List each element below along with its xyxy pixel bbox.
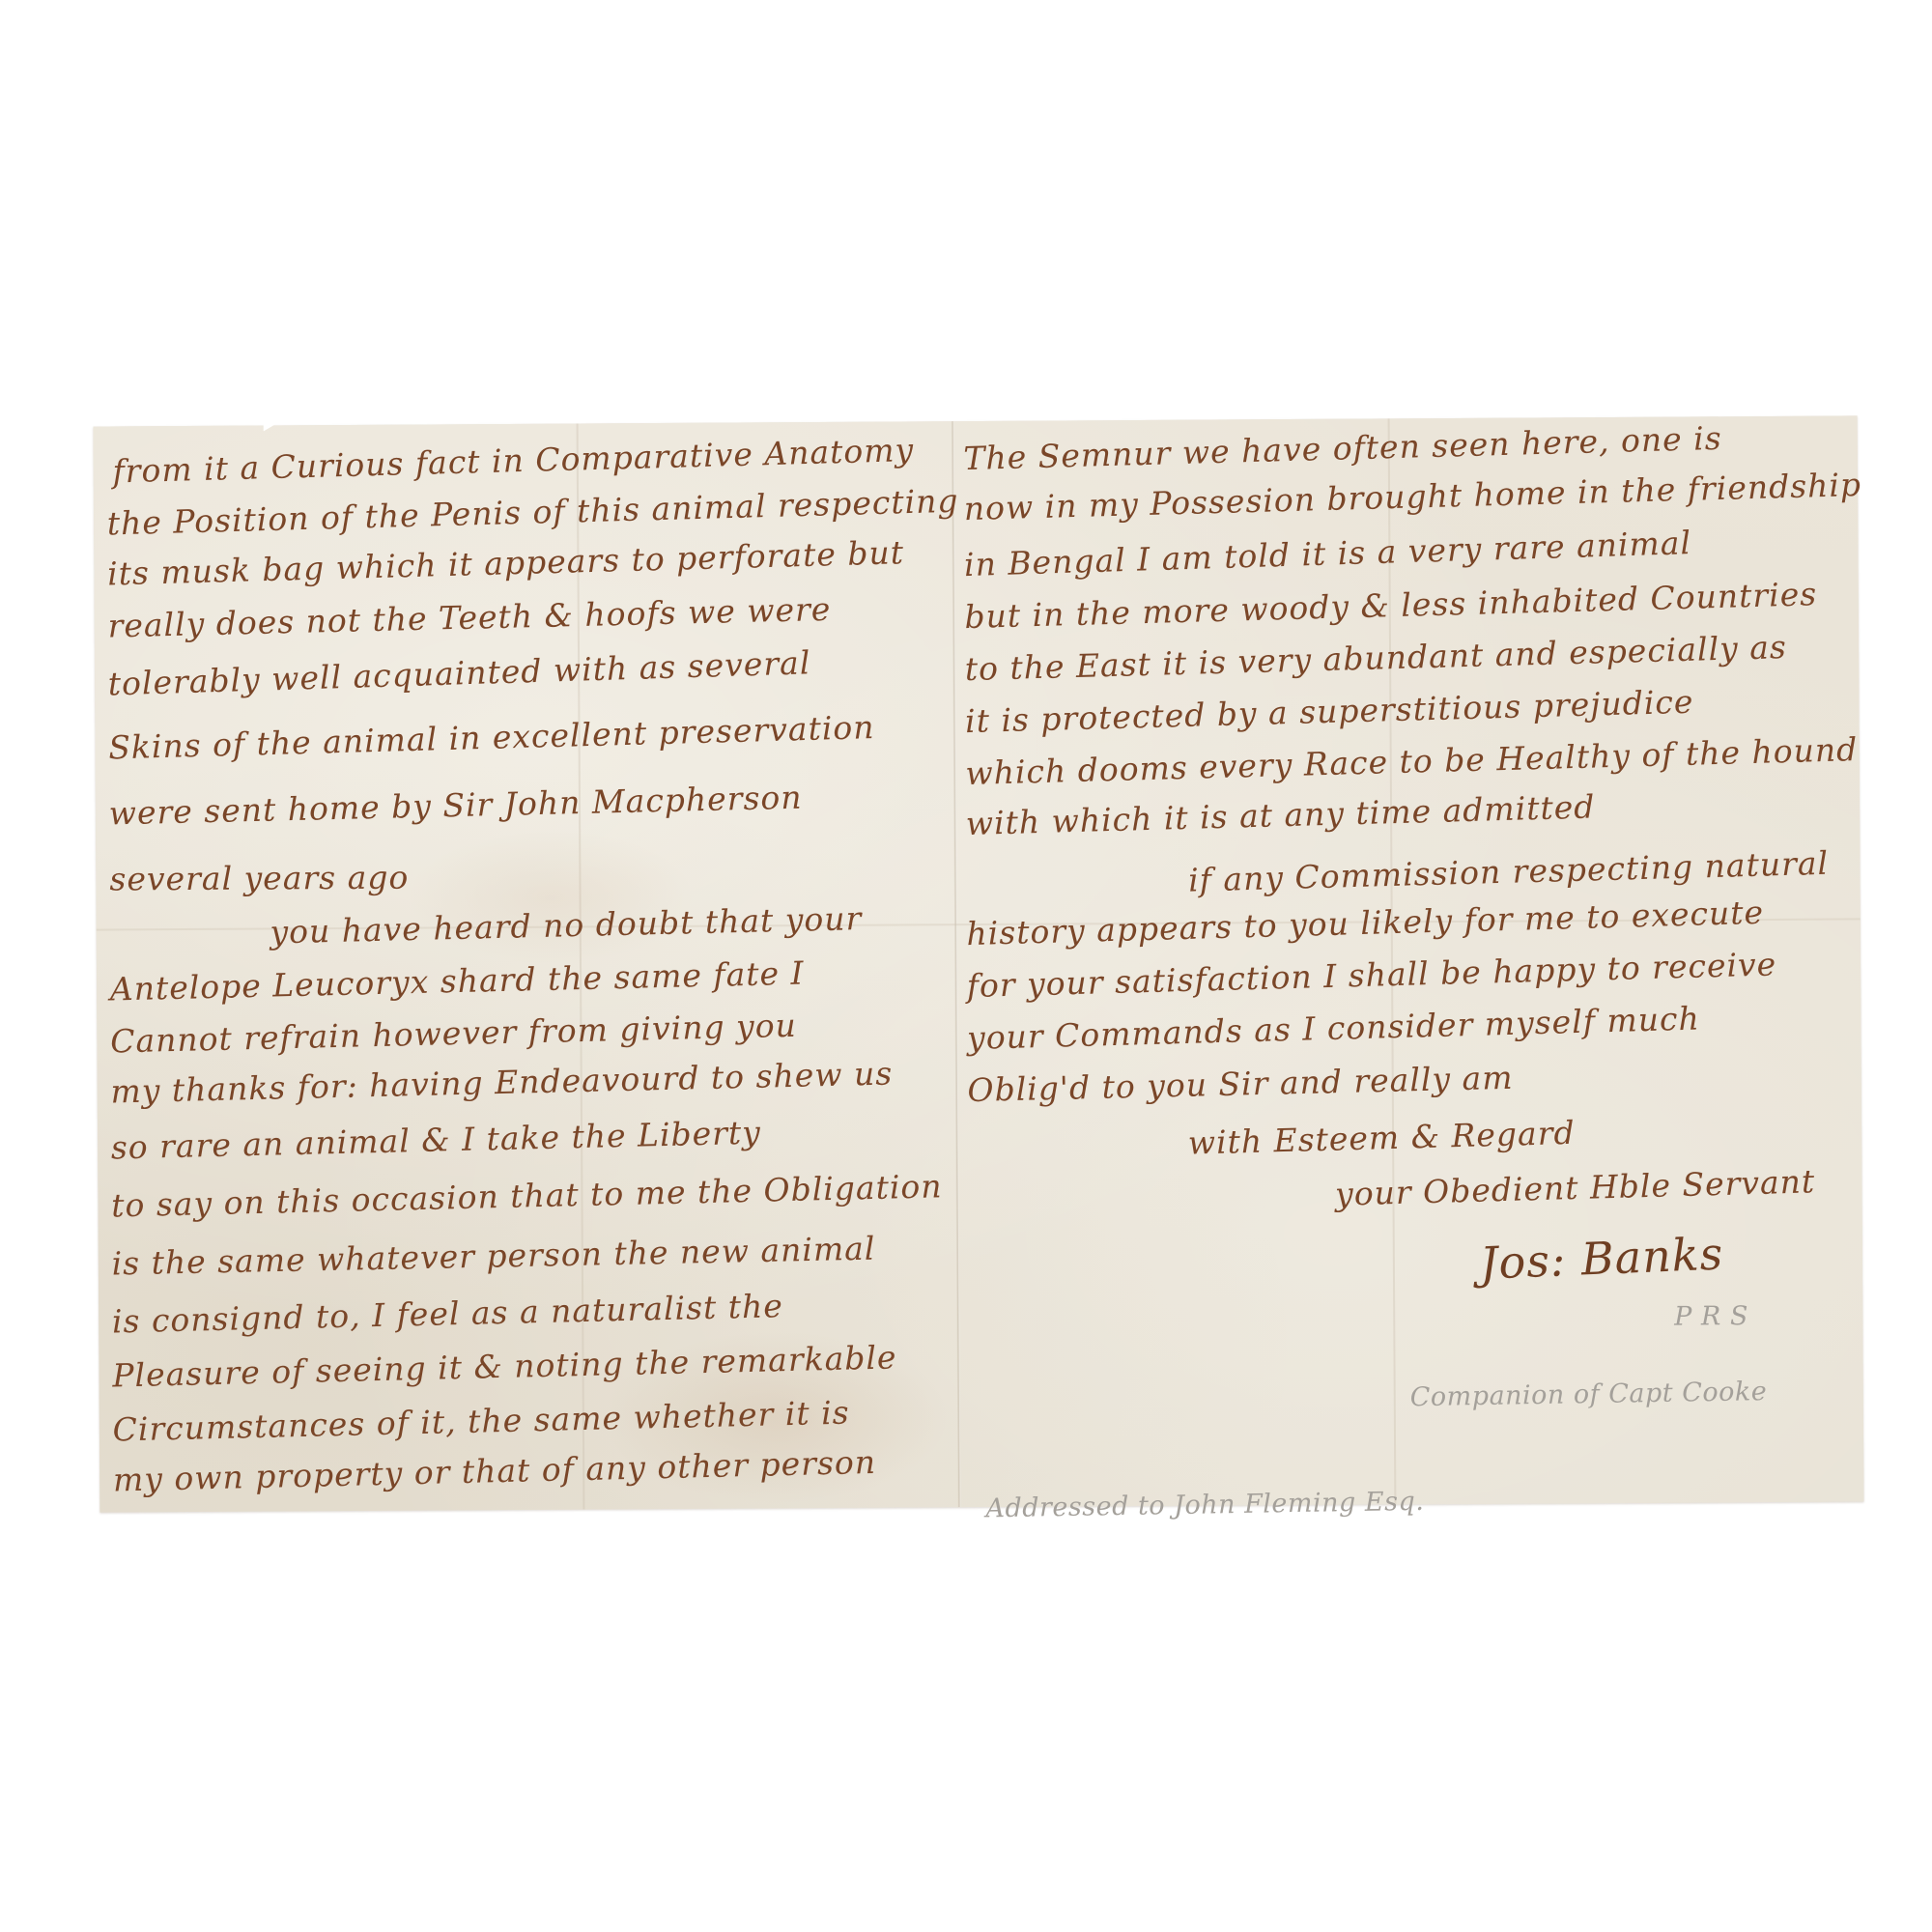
letter-line: so rare an animal & I take the Liberty <box>110 1117 761 1164</box>
letter-line: it is protected by a superstitious preju… <box>965 686 1694 737</box>
letter-line: were sent home by Sir John Macpherson <box>108 781 803 830</box>
letter-line: history appears to you likely for me to … <box>966 896 1764 950</box>
letter-line: several years ago <box>109 862 409 895</box>
letter-line: is the same whatever person the new anim… <box>111 1233 875 1280</box>
letter-line: from it a Curious fact in Comparative An… <box>112 434 914 487</box>
letter-line: Oblig'd to you Sir and really am <box>967 1062 1514 1106</box>
pencil-note-prs: P R S <box>1674 1301 1748 1331</box>
closing-line: with Esteem & Regard <box>1187 1117 1576 1159</box>
pencil-note-attribution: Companion of Capt Cooke <box>1410 1377 1768 1412</box>
letter-line: is consignd to, I feel as a naturalist t… <box>112 1290 784 1337</box>
letter-line: your Commands as I consider myself much <box>967 1003 1700 1055</box>
letter-line: The Semnur we have often seen here, one … <box>963 422 1722 474</box>
letter-line: to the East it is very abundant and espe… <box>964 631 1787 685</box>
letter-line: Pleasure of seeing it & noting the remar… <box>112 1341 897 1391</box>
letter-line: you have heard no doubt that your <box>270 902 863 948</box>
letter-sheet: from it a Curious fact in Comparative An… <box>94 415 1864 1512</box>
letter-line: its musk bag which it appears to perfora… <box>107 536 905 589</box>
letter-line: my thanks for: having Endeavourd to shew… <box>110 1057 893 1107</box>
right-page: The Semnur we have often seen here, one … <box>954 415 1864 1507</box>
letter-line: really does not the Teeth & hoofs we wer… <box>107 593 831 642</box>
letter-line: Antelope Leucoryx shard the same fate I <box>109 957 804 1006</box>
signature: Jos: Banks <box>1479 1232 1724 1286</box>
letter-line: for your satisfaction I shall be happy t… <box>966 948 1776 1002</box>
closing-line: your Obedient Hble Servant <box>1335 1165 1816 1209</box>
letter-line: with which it is at any time admitted <box>965 790 1595 839</box>
letter-line: Skins of the animal in excellent preserv… <box>108 711 875 763</box>
letter-line: tolerably well acquainted with as severa… <box>107 646 810 699</box>
letter-line: to say on this occasion that to me the O… <box>111 1170 943 1221</box>
letter-line: in Bengal I am told it is a very rare an… <box>964 526 1692 581</box>
pencil-note-address: Addressed to John Fleming Esq. <box>985 1487 1424 1524</box>
letter-line: which dooms every Race to be Healthy of … <box>965 733 1859 789</box>
letter-line: Circumstances of it, the same whether it… <box>112 1397 850 1446</box>
letter-line: Cannot refrain however from giving you <box>110 1009 797 1058</box>
letter-line: now in my Possesion brought home in the … <box>963 469 1861 525</box>
letter-line: but in the more woody & less inhabited C… <box>964 578 1818 633</box>
left-page: from it a Curious fact in Comparative An… <box>94 421 958 1512</box>
letter-line: the Position of the Penis of this animal… <box>106 485 958 540</box>
letter-line: my own property or that of any other per… <box>113 1446 877 1496</box>
letter-line: if any Commission respecting natural <box>1188 847 1830 896</box>
